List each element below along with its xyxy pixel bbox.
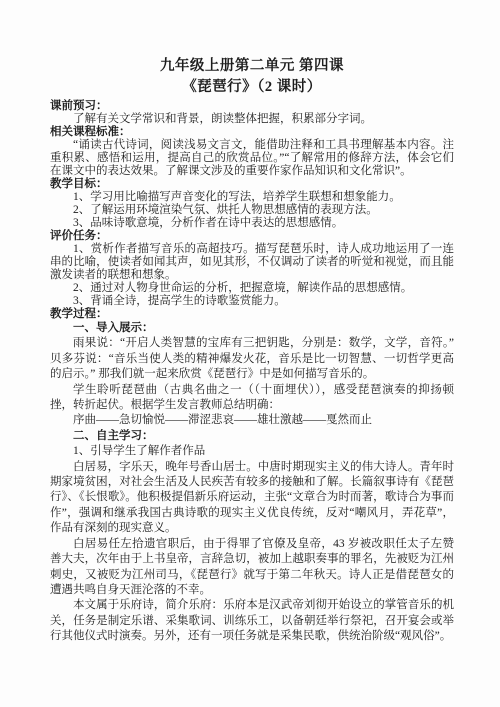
section-heading-preview: 课前预习： — [50, 100, 454, 113]
list-item: 3、背诵全诗，提高学生的诗歌鉴赏能力。 — [50, 295, 454, 308]
document-page: 九年级上册第二单元 第四课 《琵琶行》（2 课时） 课前预习： 了解有关文学常识… — [0, 0, 500, 707]
doc-body-lower: 一、导入展示： 雨果说：“开启人类智慧的宝库有三把钥匙，分别是：数学，文学，音符… — [50, 321, 454, 645]
paragraph: 学生聆听琵琶曲（古典名曲之一（（十面埋伏）），感受琵琶演奏的抑扬顿挫，转折起伏。… — [50, 383, 454, 414]
section-heading-standards: 相关课程标准： — [50, 126, 454, 139]
doc-title: 九年级上册第二单元 第四课 — [50, 56, 454, 77]
list-item: 1、引导学生了解作者作品 — [50, 444, 454, 459]
list-item: 3、品味诗歌意境，分析作者在诗中表达的思想感情。 — [50, 217, 454, 230]
section-heading-evaluation: 评价任务： — [50, 230, 454, 243]
list-item: 2、通过对人物身世命运的分析，把握意境，解读作品的思想感情。 — [50, 282, 454, 295]
paragraph: 雨果说：“开启人类智慧的宝库有三把钥匙，分别是：数学，文学，音符。”贝多芬说：“… — [50, 336, 454, 382]
doc-body-upper: 课前预习： 了解有关文学常识和背景，朗读整体把握，积累部分字词。 相关课程标准：… — [50, 100, 454, 321]
list-item: 1、赏析作者描写音乐的高超技巧。描写琵琶乐时，诗人成功地运用了一连串的比喻，使读… — [50, 243, 454, 282]
paragraph: 本文属于乐府诗，简介乐府：乐府本是汉武帝刘彻开始设立的掌管音乐的机关，任务是制定… — [50, 598, 454, 644]
section-heading-process: 教学过程： — [50, 308, 454, 321]
subsection-heading-intro: 一、导入展示： — [50, 321, 454, 336]
section-heading-objectives: 教学目标： — [50, 178, 454, 191]
subsection-heading-selfstudy: 二、自主学习： — [50, 429, 454, 444]
paragraph: 序曲——急切愉悦——滞涩悲哀——雄壮激越——戛然而止 — [50, 413, 454, 428]
list-item: 1、学习用比喻描写声音变化的写法，培养学生联想和想象能力。 — [50, 191, 454, 204]
paragraph: 白居易任左拾遗官职后，由于得罪了官僚及皇帝，43 岁被改职任太子左赞善大夫，次年… — [50, 537, 454, 599]
paragraph: “诵读古代诗词，阅读浅易文言文，能借助注释和工具书理解基本内容。注重积累、感悟和… — [50, 139, 454, 178]
paragraph: 了解有关文学常识和背景，朗读整体把握，积累部分字词。 — [50, 113, 454, 126]
paragraph: 白居易，字乐天，晚年号香山居士。中唐时期现实主义的伟大诗人。青年时期家境贫困，对… — [50, 460, 454, 537]
list-item: 2、了解运用环境渲染气氛、烘托人物思想感情的表现方法。 — [50, 204, 454, 217]
doc-subtitle: 《琵琶行》（2 课时） — [50, 77, 454, 98]
